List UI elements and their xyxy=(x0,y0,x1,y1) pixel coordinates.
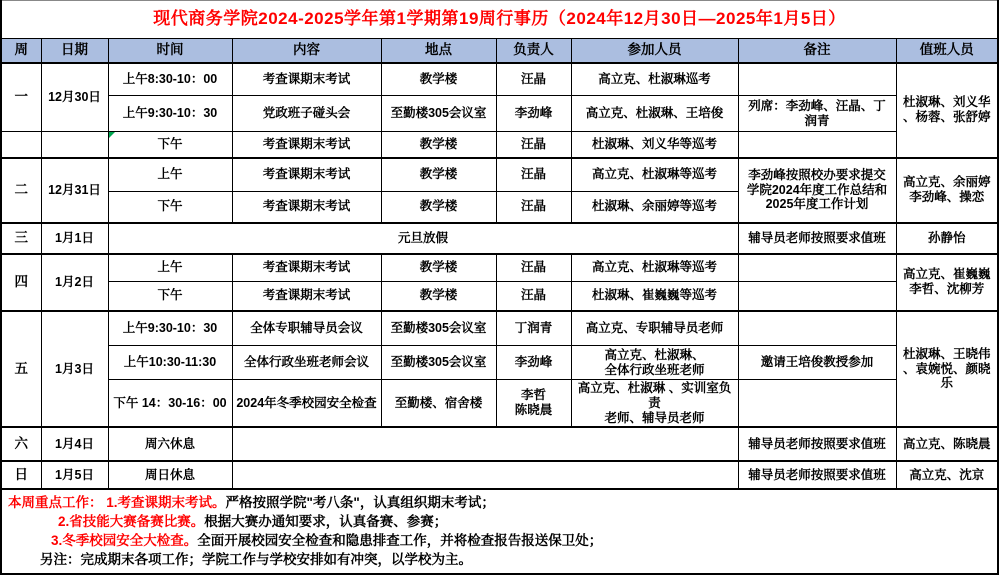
mon-r3-remark xyxy=(738,132,896,158)
fri-r2-time: 上午10:30-11:30 xyxy=(108,346,232,380)
fri-r3-place: 至勤楼、宿舍楼 xyxy=(381,380,496,428)
thu-duty-cell: 高立克、崔巍巍 李哲、沈柳芳 xyxy=(896,254,998,311)
tuesday-row-1: 二 12月31日 上午 考查课期末考试 教学楼 汪晶 高立克、杜淑琳等巡考 李劲… xyxy=(1,158,998,192)
thursday-row-2: 下午 考查课期末考试 教学楼 汪晶 杜淑琳、崔巍巍等巡考 xyxy=(1,282,998,311)
mon-r1-content: 考查课期末考试 xyxy=(232,63,381,96)
wed-duty-cell: 孙静怡 xyxy=(896,223,998,254)
tue-r2-place: 教学楼 xyxy=(381,192,496,223)
fri-r1-lead: 丁润青 xyxy=(496,311,571,346)
col-header-date: 日期 xyxy=(41,39,108,63)
fri-r3-lead: 李哲 陈晓晨 xyxy=(496,380,571,428)
mon-r1-place: 教学楼 xyxy=(381,63,496,96)
mon-r2-remark: 列席：李劲峰、汪晶、丁 润青 xyxy=(738,96,896,132)
sat-week-cell: 六 xyxy=(1,427,41,461)
thu-r2-participants: 杜淑琳、崔巍巍等巡考 xyxy=(571,282,738,311)
sun-week-cell: 日 xyxy=(1,461,41,489)
mon-r1-participants: 高立克、杜淑琳巡考 xyxy=(571,63,738,96)
note-line-4: 另注：完成期末各项工作；学院工作与学校安排如有冲突，以学校为主。 xyxy=(6,552,993,568)
monday-row-1: 一 12月30日 上午8:30-10：00 考查课期末考试 教学楼 汪晶 高立克… xyxy=(1,63,998,96)
mon-r2-place: 至勤楼305会议室 xyxy=(381,96,496,132)
thu-r2-place: 教学楼 xyxy=(381,282,496,311)
mon-r1-remark xyxy=(738,63,896,96)
friday-row-2: 上午10:30-11:30 全体行政坐班老师会议 至勤楼305会议室 李劲峰 高… xyxy=(1,346,998,380)
tue-duty-cell: 高立克、余丽婷 李劲峰、操恋 xyxy=(896,158,998,223)
fri-r2-place: 至勤楼305会议室 xyxy=(381,346,496,380)
thu-r1-participants: 高立克、杜淑琳等巡考 xyxy=(571,254,738,282)
note-1-label: 本周重点工作： xyxy=(8,495,106,510)
thu-r1-content: 考查课期末考试 xyxy=(232,254,381,282)
note-line-1: 本周重点工作： 1.考查课期末考试。严格按照学院"考八条"，认真组织期末考试； xyxy=(6,495,993,511)
thu-r2-time: 下午 xyxy=(108,282,232,311)
fri-r3-remark xyxy=(738,380,896,428)
fri-date-cell: 1月3日 xyxy=(41,311,108,428)
schedule-table: 现代商务学院2024-2025学年第1学期第19周行事历（2024年12月30日… xyxy=(0,0,999,575)
sun-time-cell: 周日休息 xyxy=(108,461,232,489)
col-header-duty: 值班人员 xyxy=(896,39,998,63)
tue-r1-place: 教学楼 xyxy=(381,158,496,192)
thu-week-cell: 四 xyxy=(1,254,41,311)
col-header-week: 周 xyxy=(1,39,41,63)
mon-date-cell: 12月30日 xyxy=(41,63,108,132)
tue-r2-time: 下午 xyxy=(108,192,232,223)
mon-r3-time-label: 下午 xyxy=(157,137,182,151)
sat-empty-cell xyxy=(232,427,738,461)
sat-duty-cell: 高立克、陈晓晨 xyxy=(896,427,998,461)
col-header-participants: 参加人员 xyxy=(571,39,738,63)
monday-row-3: 下午 考查课期末考试 教学楼 汪晶 杜淑琳、刘义华等巡考 xyxy=(1,132,998,158)
tue-r2-participants: 杜淑琳、余丽婷等巡考 xyxy=(571,192,738,223)
fri-r2-lead: 李劲峰 xyxy=(496,346,571,380)
wed-remark-cell: 辅导员老师按照要求值班 xyxy=(738,223,896,254)
fri-r1-time: 上午9:30-10：30 xyxy=(108,311,232,346)
note-4-text: 另注：完成期末各项工作；学院工作与学校安排如有冲突，以学校为主。 xyxy=(40,552,472,567)
sat-time-cell: 周六休息 xyxy=(108,427,232,461)
notes-row: 本周重点工作： 1.考查课期末考试。严格按照学院"考八条"，认真组织期末考试； … xyxy=(1,489,998,574)
thursday-row-1: 四 1月2日 上午 考查课期末考试 教学楼 汪晶 高立克、杜淑琳等巡考 高立克、… xyxy=(1,254,998,282)
fri-r1-participants: 高立克、专职辅导员老师 xyxy=(571,311,738,346)
fri-r2-content: 全体行政坐班老师会议 xyxy=(232,346,381,380)
sun-empty-cell xyxy=(232,461,738,489)
thu-r2-content: 考查课期末考试 xyxy=(232,282,381,311)
mon-date-empty-cell xyxy=(41,132,108,158)
sat-remark-cell: 辅导员老师按照要求值班 xyxy=(738,427,896,461)
fri-r3-participants: 高立克、杜淑琳 、实训室负责 老师、辅导员老师 xyxy=(571,380,738,428)
col-header-time: 时间 xyxy=(108,39,232,63)
fri-r3-content: 2024年冬季校园安全检查 xyxy=(232,380,381,428)
fri-duty-cell: 杜淑琳、王晓伟 、袁婉悦、颜晓 乐 xyxy=(896,311,998,428)
mon-r2-lead: 李劲峰 xyxy=(496,96,571,132)
note-3-text: 全面开展校园安全检查和隐患排查工作，并将检查报告报送保卫处； xyxy=(197,533,602,548)
mon-r2-content: 党政班子碰头会 xyxy=(232,96,381,132)
wed-holiday-cell: 元旦放假 xyxy=(108,223,738,254)
thu-r1-lead: 汪晶 xyxy=(496,254,571,282)
tue-r1-participants: 高立克、杜淑琳等巡考 xyxy=(571,158,738,192)
tue-r1-lead: 汪晶 xyxy=(496,158,571,192)
col-header-content: 内容 xyxy=(232,39,381,63)
thu-r2-lead: 汪晶 xyxy=(496,282,571,311)
page-title: 现代商务学院2024-2025学年第1学期第19周行事历（2024年12月30日… xyxy=(1,1,998,39)
sunday-row: 日 1月5日 周日休息 辅导员老师按照要求值班 高立克、沈京 xyxy=(1,461,998,489)
fri-week-cell: 五 xyxy=(1,311,41,428)
wed-week-cell: 三 xyxy=(1,223,41,254)
mon-r2-participants: 高立克、杜淑琳、王培俊 xyxy=(571,96,738,132)
comment-marker-icon xyxy=(109,132,115,138)
tue-r1-content: 考查课期末考试 xyxy=(232,158,381,192)
fri-r1-place: 至勤楼305会议室 xyxy=(381,311,496,346)
mon-week-cell: 一 xyxy=(1,63,41,132)
note-line-2: 2.省技能大赛备赛比赛。根据大赛办通知要求，认真备赛、参赛； xyxy=(6,514,993,530)
saturday-row: 六 1月4日 周六休息 辅导员老师按照要求值班 高立克、陈晓晨 xyxy=(1,427,998,461)
thu-r1-place: 教学楼 xyxy=(381,254,496,282)
col-header-place: 地点 xyxy=(381,39,496,63)
sun-duty-cell: 高立克、沈京 xyxy=(896,461,998,489)
tue-date-cell: 12月31日 xyxy=(41,158,108,223)
mon-r3-time: 下午 xyxy=(108,132,232,158)
mon-r2-time: 上午9:30-10：30 xyxy=(108,96,232,132)
mon-r3-lead: 汪晶 xyxy=(496,132,571,158)
mon-week-empty-cell xyxy=(1,132,41,158)
weekly-schedule-sheet: 现代商务学院2024-2025学年第1学期第19周行事历（2024年12月30日… xyxy=(0,0,999,568)
thu-r1-time: 上午 xyxy=(108,254,232,282)
thu-r1-remark xyxy=(738,254,896,282)
tue-r2-lead: 汪晶 xyxy=(496,192,571,223)
mon-r1-time: 上午8:30-10：00 xyxy=(108,63,232,96)
header-row: 周 日期 时间 内容 地点 负责人 参加人员 备注 值班人员 xyxy=(1,39,998,63)
tue-week-cell: 二 xyxy=(1,158,41,223)
note-1-highlight: 1.考查课期末考试。 xyxy=(106,495,225,510)
col-header-remark: 备注 xyxy=(738,39,896,63)
thu-r2-remark xyxy=(738,282,896,311)
thu-date-cell: 1月2日 xyxy=(41,254,108,311)
col-header-lead: 负责人 xyxy=(496,39,571,63)
fri-r2-remark: 邀请王培俊教授参加 xyxy=(738,346,896,380)
tue-r1-time: 上午 xyxy=(108,158,232,192)
friday-row-3: 下午 14：30-16：00 2024年冬季校园安全检查 至勤楼、宿舍楼 李哲 … xyxy=(1,380,998,428)
weekly-notes: 本周重点工作： 1.考查课期末考试。严格按照学院"考八条"，认真组织期末考试； … xyxy=(1,489,998,574)
tue-remark-cell: 李劲峰按照校办要求提交 学院2024年度工作总结和 2025年度工作计划 xyxy=(738,158,896,223)
note-line-3: 3.冬季校园安全大检查。全面开展校园安全检查和隐患排查工作，并将检查报告报送保卫… xyxy=(6,533,993,549)
note-3-highlight: 3.冬季校园安全大检查。 xyxy=(51,533,197,548)
mon-r1-lead: 汪晶 xyxy=(496,63,571,96)
monday-row-2: 上午9:30-10：30 党政班子碰头会 至勤楼305会议室 李劲峰 高立克、杜… xyxy=(1,96,998,132)
fri-r3-time: 下午 14：30-16：00 xyxy=(108,380,232,428)
mon-r3-participants: 杜淑琳、刘义华等巡考 xyxy=(571,132,738,158)
wed-date-cell: 1月1日 xyxy=(41,223,108,254)
tue-r2-content: 考查课期末考试 xyxy=(232,192,381,223)
mon-r3-place: 教学楼 xyxy=(381,132,496,158)
sat-date-cell: 1月4日 xyxy=(41,427,108,461)
fri-r1-content: 全体专职辅导员会议 xyxy=(232,311,381,346)
sun-remark-cell: 辅导员老师按照要求值班 xyxy=(738,461,896,489)
fri-r2-participants: 高立克、杜淑琳、 全体行政坐班老师 xyxy=(571,346,738,380)
note-2-highlight: 2.省技能大赛备赛比赛。 xyxy=(58,514,204,529)
fri-r1-remark xyxy=(738,311,896,346)
sun-date-cell: 1月5日 xyxy=(41,461,108,489)
mon-duty-cell: 杜淑琳、刘义华 、杨蓉、张舒婷 xyxy=(896,63,998,158)
wednesday-row: 三 1月1日 元旦放假 辅导员老师按照要求值班 孙静怡 xyxy=(1,223,998,254)
note-1-text: 严格按照学院"考八条"，认真组织期末考试； xyxy=(226,495,495,510)
friday-row-1: 五 1月3日 上午9:30-10：30 全体专职辅导员会议 至勤楼305会议室 … xyxy=(1,311,998,346)
mon-r3-content: 考查课期末考试 xyxy=(232,132,381,158)
note-2-text: 根据大赛办通知要求，认真备赛、参赛； xyxy=(204,514,447,529)
